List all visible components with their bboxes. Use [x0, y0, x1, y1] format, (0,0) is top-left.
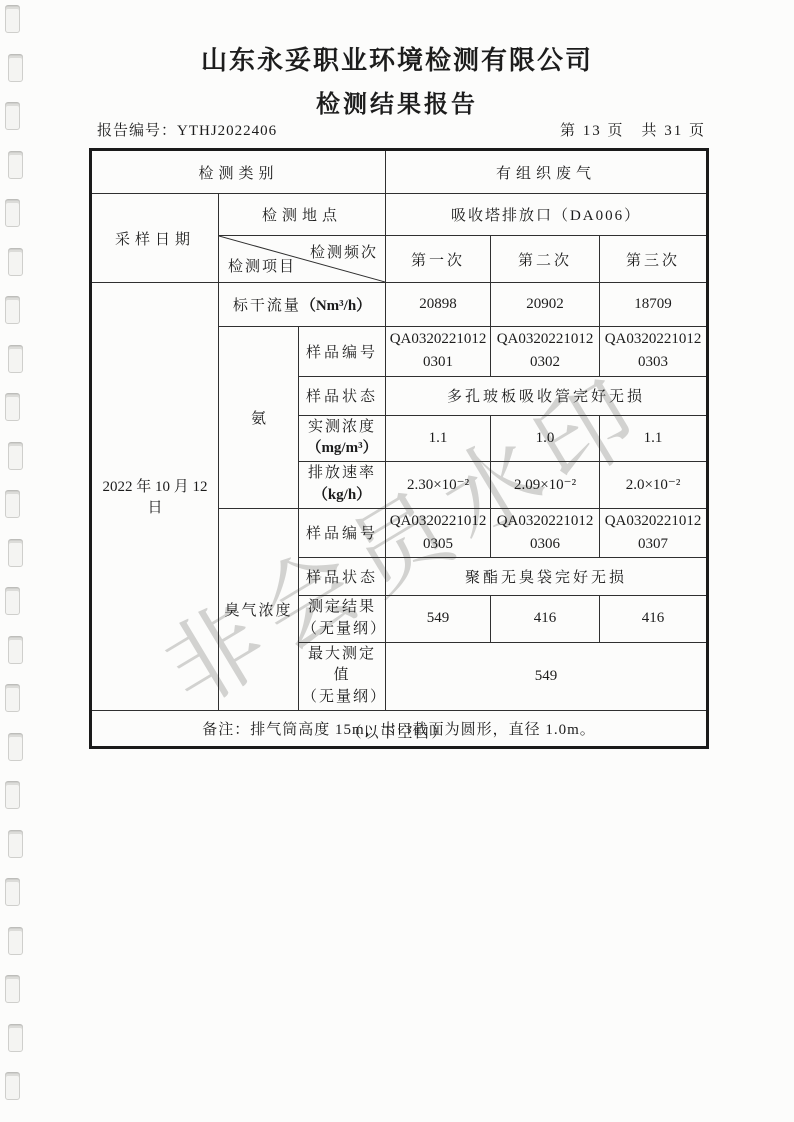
ammonia-rate-label-zh: 排放速率: [302, 463, 382, 485]
ammonia-conc-value-2: 1.0: [491, 415, 600, 462]
binding-hole-mark: [5, 879, 20, 906]
binding-hole-mark: [8, 346, 23, 373]
binding-hole-mark: [5, 297, 20, 324]
odor-result-value-2: 416: [491, 596, 600, 643]
binding-hole-mark: [8, 831, 23, 858]
ammonia-rate-label: 排放速率 （kg/h）: [299, 462, 386, 509]
odor-sample-state-value: 聚酯无臭袋完好无损: [386, 558, 708, 596]
ammonia-conc-label-unit: （mg/m³）: [302, 438, 382, 460]
ammonia-rate-label-unit: （kg/h）: [302, 485, 382, 507]
flow-value-2: 20902: [491, 283, 600, 327]
freq-col-header-1: 第一次: [386, 236, 491, 283]
ammonia-sample-state-label: 样品状态: [299, 376, 386, 415]
ammonia-conc-value-1: 1.1: [386, 415, 491, 462]
freq-col-header-3: 第三次: [600, 236, 708, 283]
table-row: 2022 年 10 月 12 日 标干流量（Nm³/h） 20898 20902…: [91, 283, 708, 327]
freq-col-header-2: 第二次: [491, 236, 600, 283]
sampling-date-label-cell: 采样日期: [91, 194, 219, 283]
binding-hole-mark: [5, 491, 20, 518]
sampling-date-value-cell: 2022 年 10 月 12 日: [91, 283, 219, 711]
ammonia-sample-no-label: 样品编号: [299, 327, 386, 377]
binding-hole-mark: [5, 200, 20, 227]
odor-sample-no-3: QA0320221012 0307: [600, 508, 708, 558]
binding-hole-mark: [8, 152, 23, 179]
ammonia-rate-value-2: 2.09×10⁻²: [491, 462, 600, 509]
odor-max-value: 549: [386, 642, 708, 710]
binding-hole-mark: [5, 394, 20, 421]
ammonia-group-cell: 氨: [219, 327, 299, 509]
binding-hole-mark: [8, 443, 23, 470]
odor-sample-state-label: 样品状态: [299, 558, 386, 596]
page-title: 检测结果报告: [0, 84, 794, 119]
odor-max-label-zh: 最大测定值: [302, 644, 382, 688]
odor-sample-no-2: QA0320221012 0306: [491, 508, 600, 558]
below-blank-note: （以下空白）: [89, 721, 706, 742]
binding-hole-mark: [8, 1025, 23, 1052]
binding-hole-mark: [5, 782, 20, 809]
odor-result-label-unit: （无量纲）: [302, 619, 382, 641]
binding-hole-mark: [8, 249, 23, 276]
ammonia-conc-value-3: 1.1: [600, 415, 708, 462]
odor-result-value-1: 549: [386, 596, 491, 643]
category-value-cell: 有组织废气: [386, 150, 708, 194]
binding-hole-mark: [5, 588, 20, 615]
binding-hole-mark: [5, 685, 20, 712]
binding-hole-mark: [8, 637, 23, 664]
ammonia-sample-no-1: QA0320221012 0301: [386, 327, 491, 377]
report-meta: 报告编号：YTHJ2022406 第 13 页 共 31 页: [89, 119, 706, 140]
odor-sample-no-1: QA0320221012 0305: [386, 508, 491, 558]
location-value-cell: 吸收塔排放口（DA006）: [386, 194, 708, 236]
diagonal-bottom-label: 检测项目: [228, 255, 296, 276]
odor-result-label: 测定结果 （无量纲）: [299, 596, 386, 643]
odor-result-label-zh: 测定结果: [302, 597, 382, 619]
ammonia-rate-value-3: 2.0×10⁻²: [600, 462, 708, 509]
location-label-cell: 检测地点: [219, 194, 386, 236]
diagonal-top-label: 检测频次: [310, 241, 378, 262]
binding-hole-mark: [8, 734, 23, 761]
company-title: 山东永妥职业环境检测有限公司: [0, 40, 794, 77]
ammonia-sample-state-value: 多孔玻板吸收管完好无损: [386, 376, 708, 415]
binding-hole-mark: [5, 976, 20, 1003]
category-label-cell: 检测类别: [91, 150, 386, 194]
table-row: 采样日期 检测地点 吸收塔排放口（DA006）: [91, 194, 708, 236]
flow-label-unit: （Nm³/h）: [301, 298, 371, 314]
flow-value-3: 18709: [600, 283, 708, 327]
ammonia-conc-label: 实测浓度 （mg/m³）: [299, 415, 386, 462]
flow-value-1: 20898: [386, 283, 491, 327]
ammonia-sample-no-3: QA0320221012 0303: [600, 327, 708, 377]
ammonia-rate-value-1: 2.30×10⁻²: [386, 462, 491, 509]
page-indicator: 第 13 页 共 31 页: [560, 119, 706, 140]
binding-hole-mark: [5, 6, 20, 33]
odor-sample-no-label: 样品编号: [299, 508, 386, 558]
ammonia-conc-label-zh: 实测浓度: [302, 417, 382, 439]
odor-group-cell: 臭气浓度: [219, 508, 299, 710]
results-table: 检测类别 有组织废气 采样日期 检测地点 吸收塔排放口（DA006） 检测频次 …: [89, 148, 709, 749]
table-row: 检测类别 有组织废气: [91, 150, 708, 194]
binding-hole-mark: [5, 1073, 20, 1100]
odor-max-label: 最大测定值 （无量纲）: [299, 642, 386, 710]
flow-label-zh: 标干流量: [233, 298, 301, 314]
ammonia-sample-no-2: QA0320221012 0302: [491, 327, 600, 377]
diagonal-header-cell: 检测频次 检测项目: [219, 236, 386, 283]
binding-hole-mark: [8, 540, 23, 567]
odor-max-label-unit: （无量纲）: [302, 687, 382, 709]
report-number: 报告编号：YTHJ2022406: [89, 119, 277, 140]
scanned-report-page: 非会员水印 山东永妥职业环境检测有限公司 检测结果报告 报告编号：YTHJ202…: [0, 0, 794, 1122]
flow-label-cell: 标干流量（Nm³/h）: [219, 283, 386, 327]
binding-hole-mark: [8, 928, 23, 955]
odor-result-value-3: 416: [600, 596, 708, 643]
